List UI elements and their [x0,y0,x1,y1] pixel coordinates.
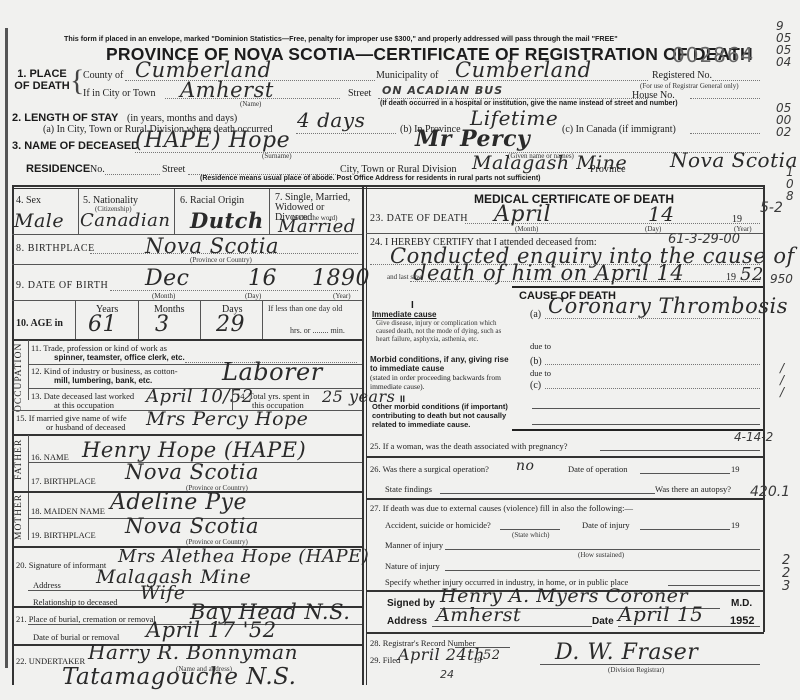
mother-birthplace: Nova Scotia [125,514,259,538]
length-of-stay-label: 2. LENGTH OF STAY [12,112,118,124]
father-birthplace-label: 17. BIRTHPLACE [31,476,96,486]
sex-value: Male [14,210,64,232]
margin-note-age-code: 61-3-29-00 [668,232,740,247]
margin-note-dod: 5-2 [760,200,783,216]
death-year-prefix: 19 [732,214,742,225]
birthplace-value: Nova Scotia [145,234,279,258]
dob-year: 1890 [312,266,370,291]
immediate-label: Immediate cause [372,310,436,319]
filed-date: April 24th [398,645,485,664]
burial-place-label: 21. Place of burial, cremation or remova… [16,614,156,624]
dob-day-caption: (Day) [245,292,261,300]
mother-section-label: MOTHER [14,494,24,540]
filed-year: 52 [483,648,501,663]
deceased-name-label: 3. NAME OF DECEASED [12,140,139,152]
filed-label: 29. Filed [370,655,400,665]
signed-by-label: Signed by [387,598,435,609]
filed-note: 24 [440,668,454,681]
sex-label: 4. Sex [16,195,41,206]
margin-notes-bottom: 223 [782,554,796,593]
father-section-label: FATHER [14,439,24,480]
due-to-1: due to [530,341,551,351]
signer-address-label: Address [387,616,427,627]
date-of-death-label: 23. DATE OF DEATH [370,213,468,224]
spouse-sub: or husband of deceased [46,422,126,432]
less-than-day-label: If less than one day old [268,304,342,313]
death-month-caption: (Month) [515,225,538,233]
birthplace-label: 8. BIRTHPLACE [16,243,95,254]
accident-label: Accident, suicide or homicide? [385,520,491,530]
municipality-label: Municipality of [376,70,439,81]
city-label: If in City or Town [83,88,155,99]
death-certificate: This form if placed in an envelope, mark… [0,0,800,700]
residence-province: Nova Scotia [670,148,798,172]
injury-year-prefix: 19 [731,520,740,530]
dob-year-caption: (Year) [333,292,351,300]
certify-year-prefix: 19 [726,272,736,283]
margin-notes-causes: /// [780,362,794,398]
immediate-desc: Give disease, injury or complication whi… [376,319,512,343]
pregnancy-label: 25. If a woman, was the death associated… [370,441,568,451]
municipality-value: Cumberland [455,58,592,82]
margin-note-year-code: 950 [770,272,793,286]
informant-signature: Mrs Alethea Hope (HAPE) [118,546,369,567]
state-which: (State which) [512,531,550,539]
signer-address: Amherst [436,604,521,626]
stay-canada-label: (c) In Canada (if immigrant) [562,124,676,135]
street-value: ON ACADIAN BUS [382,84,503,97]
op-date-label: Date of operation [568,464,627,474]
md-label: M.D. [731,598,752,609]
dob-month: Dec [145,266,189,291]
residence-no-label: No. [90,164,105,175]
margin-note-pregnancy: 4-14-2 [734,430,773,444]
external-label: 27. If death was due to external causes … [370,503,633,513]
age-years: 61 [88,312,117,337]
father-birthplace: Nova Scotia [125,460,259,484]
nationality-value: Canadian [80,210,170,231]
mother-birthplace-caption: (Province or Country) [186,538,248,546]
binding-edge [5,28,8,668]
length-of-stay-sub: (in years, months and days) [127,113,237,124]
undertaker-name: Harry R. Bonnyman [88,640,298,664]
surgery-value: no [516,458,534,474]
racial-origin-label: 6. Racial Origin [180,195,244,206]
morbid-label: Morbid conditions, if any, giving rise t… [370,355,512,373]
mailing-notice: This form if placed in an envelope, mark… [64,34,618,43]
filed-year-prefix: 19 [473,655,482,665]
industry-examples: mill, lumbering, bank, etc. [54,376,152,385]
deceased-given-names: Mr Percy [415,126,530,152]
age-label: 10. AGE in [16,318,63,329]
serial-number: 002864 [672,43,754,67]
place-of-death-label: 1. PLACE OF DEATH [12,68,62,92]
margin-notes-top: 9050504 [776,20,796,68]
residence-label: RESIDENCE [26,163,90,175]
occupation-section-label: OCCUPATION [14,343,24,412]
industry-value: Laborer [222,358,323,386]
how-sustained: (How sustained) [578,551,624,559]
trade-examples: spinner, teamster, office clerk, etc. [54,353,185,362]
name-caption: (Name) [240,100,261,108]
cause-a-label: (a) [530,309,541,320]
residence-city-label: City, Town or Rural Division [340,164,457,175]
sign-date: April 15 [618,602,703,626]
margin-notes-stay: 050002 [776,102,796,138]
surgery-label: 26. Was there a surgical operation? [370,464,489,474]
hrs-min-label: hrs. or ........ min. [290,326,345,335]
dob-label: 9. DATE OF BIRTH [16,280,108,291]
industry-label: 12. Kind of industry or business, as cot… [31,366,178,376]
margin-note-cause-code: 420.1 [750,484,790,500]
residence-province-label: Province [590,164,626,175]
op-year-prefix: 19 [731,464,740,474]
trade-label: 11. Trade, profession or kind of work as [31,343,167,353]
racial-origin-value: Dutch [190,208,264,233]
mother-maiden-name: Adeline Pye [110,490,247,515]
father-name-label: 16. NAME [31,452,69,462]
dob-month-caption: (Month) [152,292,175,300]
age-months: 3 [155,312,170,337]
undertaker-address: Tatamagouche N.S. [62,664,296,690]
cause-a-value: Coronary Thrombosis [548,294,788,318]
death-day: 14 [648,202,674,226]
street-label: Street [348,88,371,99]
cause-b-label: (b) [530,356,542,367]
cause-c-label: (c) [530,380,541,391]
autopsy-label: Was there an autopsy? [655,484,731,494]
residence-street-label: Street [162,164,185,175]
certify-year: 52 [740,264,764,285]
manner-label: Manner of injury [385,540,443,550]
registered-no-label: Registered No. [652,70,712,81]
mother-birthplace-label: 19. BIRTHPLACE [31,530,96,540]
registrar-signature: D. W. Fraser [555,640,698,665]
relationship-value: Wife [140,582,186,604]
nature-label: Nature of injury [385,561,440,571]
informant-label: 20. Signature of informant [16,560,106,570]
father-name: Henry Hope (HAPE) [82,438,306,462]
county-label: County of [83,70,123,81]
last-worked-sub: at this occupation [54,400,114,410]
death-month: April [494,202,551,227]
findings-label: State findings [385,484,432,494]
dob-day: 16 [248,266,277,291]
residence-note: (Residence means usual place of abode. P… [200,175,541,182]
spouse-value: Mrs Percy Hope [146,408,308,430]
surname-caption: (Surname) [262,152,292,160]
stay-city-value: 4 days [297,108,365,132]
city-value: Amherst [180,78,274,102]
age-days: 29 [216,312,245,337]
birthplace-caption: (Province or Country) [190,256,252,264]
registrar-caption: (Division Registrar) [608,666,664,674]
informant-address-label: Address [33,580,61,590]
due-to-2: due to [530,368,551,378]
injury-date-label: Date of injury [582,520,630,530]
death-day-caption: (Day) [645,225,661,233]
burial-date: April 17 '52 [146,618,277,642]
registrar-note: (For use of Registrar General only) [640,82,739,90]
morbid-desc: (stated in order proceeding backwards fr… [370,373,512,391]
margin-notes-residence: 108 [786,166,800,202]
deceased-surname: (HAPE) Hope [135,128,290,153]
mother-name-label: 18. MAIDEN NAME [31,506,105,516]
sign-date-label: Date [592,616,614,627]
other-label: Other morbid conditions (if important) c… [372,402,514,429]
